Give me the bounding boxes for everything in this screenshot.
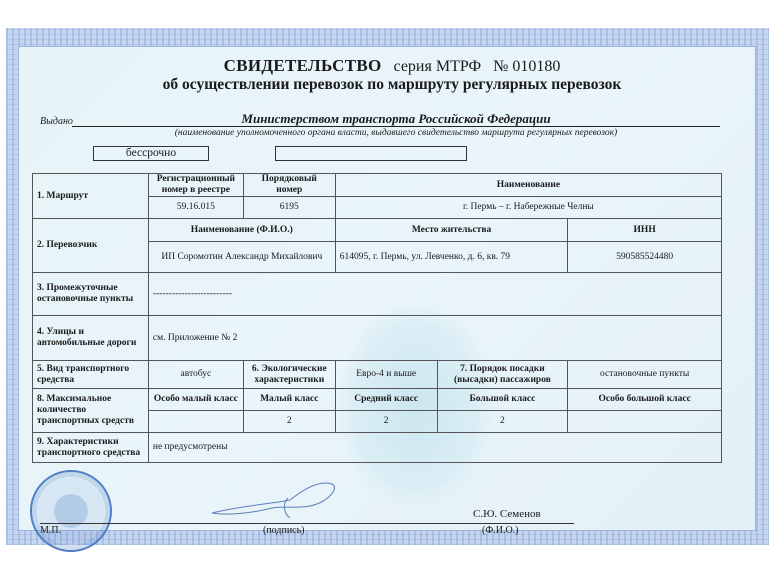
eco-value: Евро-4 и выше [335,361,437,389]
class-header: Средний класс [335,389,437,411]
route-seq-value: 6195 [243,197,335,219]
class-header: Малый класс [243,389,335,411]
table-row: 5. Вид транспортного средства автобус 6.… [33,361,722,389]
route-label: 1. Маршрут [33,174,149,219]
class-header: Особо большой класс [568,389,722,411]
route-reg-header: Регистрационный номер в реестре [148,174,243,197]
route-name-value: г. Пермь – г. Набережные Челны [335,197,721,219]
class-value: 2 [243,411,335,433]
stamp-label: М.П. [40,525,61,536]
table-row: 1. Маршрут Регистрационный номер в реест… [33,174,722,197]
signature-line [212,523,574,524]
fio-label: (Ф.И.О.) [482,525,519,536]
stops-label: 3. Промежуточные остановочные пункты [33,273,149,316]
boarding-value: остановочные пункты [568,361,722,389]
class-value: 2 [335,411,437,433]
vehicle-value: автобус [148,361,243,389]
streets-label: 4. Улицы и автомобильные дороги [33,316,149,361]
route-reg-value: 59.16.015 [148,197,243,219]
table-row: 8. Максимальное количество транспортных … [33,389,722,411]
validity-term-box: бессрочно [93,146,209,161]
certificate-number: 010180 [512,58,560,75]
eco-label: 6. Экологические характеристики [243,361,335,389]
carrier-address-value: 614095, г. Пермь, ул. Левченко, д. 6, кв… [335,242,568,273]
signature-scribble [210,478,340,520]
class-value: 2 [437,411,568,433]
series-value: МТРФ [436,58,481,75]
certificate-table: 1. Маршрут Регистрационный номер в реест… [32,173,722,463]
route-seq-header: Порядковый номер [243,174,335,197]
streets-value: см. Приложение № 2 [148,316,721,361]
signer-name: С.Ю. Семенов [473,508,541,520]
signature-label: (подпись) [263,525,305,536]
characteristics-value: не предусмотрены [148,433,721,463]
number-sign: № [493,58,508,75]
class-value [568,411,722,433]
certificate-subtitle: об осуществлении перевозок по маршруту р… [0,76,784,94]
characteristics-label: 9. Характеристики транспортного средства [33,433,149,463]
issued-label: Выдано [40,116,73,127]
boarding-label: 7. Порядок посадки (высадки) пассажиров [437,361,568,389]
carrier-label: 2. Перевозчик [33,219,149,273]
carrier-inn-value: 590585524480 [568,242,722,273]
stops-value: ------------------------- [148,273,721,316]
carrier-address-header: Место жительства [335,219,568,242]
carrier-name-value: ИП Соромотин Александр Михайлович [148,242,335,273]
stamp-line [40,523,215,524]
official-seal-stamp [30,470,112,552]
class-header: Большой класс [437,389,568,411]
carrier-name-header: Наименование (Ф.И.О.) [148,219,335,242]
carrier-inn-header: ИНН [568,219,722,242]
class-value [148,411,243,433]
route-name-header: Наименование [335,174,721,197]
vehicle-label: 5. Вид транспортного средства [33,361,149,389]
table-row: 4. Улицы и автомобильные дороги см. Прил… [33,316,722,361]
series-label: серия [394,58,432,75]
issued-by-hint: (наименование уполномоченного органа вла… [72,128,720,138]
max-count-label: 8. Максимальное количество транспортных … [33,389,149,433]
table-row: 3. Промежуточные остановочные пункты ---… [33,273,722,316]
class-header: Особо малый класс [148,389,243,411]
validity-second-box [275,146,467,161]
certificate-title: СВИДЕТЕЛЬСТВО серия МТРФ № 010180 [0,56,784,76]
table-row: 9. Характеристики транспортного средства… [33,433,722,463]
table-row: 2. Перевозчик Наименование (Ф.И.О.) Мест… [33,219,722,242]
issued-by-value: Министерством транспорта Российской Феде… [72,111,720,127]
title-text: СВИДЕТЕЛЬСТВО [224,56,382,75]
